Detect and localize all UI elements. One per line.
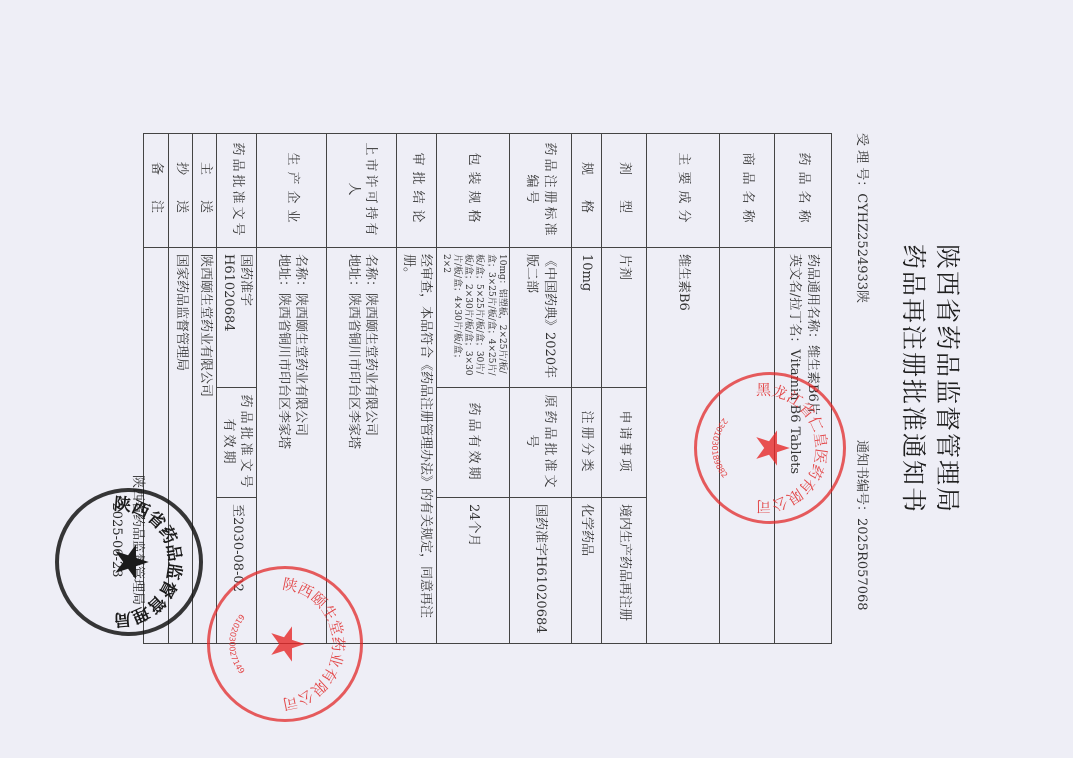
manufacturer-label: 生产企业 <box>257 134 327 248</box>
svg-text:2301030189882: 2301030189882 <box>710 416 729 479</box>
application-value: 境内生产药品再注册 <box>602 498 647 644</box>
authority-title: 陕西省药品监督管理局 <box>931 0 967 758</box>
standard-value: 《中国药典》2020年版二部 <box>510 248 572 388</box>
acceptance-value: CYHZ2524933陕 <box>854 193 869 303</box>
reg-class-value: 化学药品 <box>572 498 602 644</box>
standard-label: 药品注册标准编号 <box>510 134 572 248</box>
table-row: 药品批准文号 国药准字H61020684 药品批准文号有效期 至2030-08-… <box>217 134 257 644</box>
table-row: 规 格 10mg 注册分类 化学药品 <box>572 134 602 644</box>
table-row: 剂 型 片剂 申请事项 境内生产药品再注册 <box>602 134 647 644</box>
table-row: 审批结论 经审查，本品符合《药品注册管理办法》的有关规定，同意再注册。 <box>397 134 437 644</box>
spec-value: 10mg <box>572 248 602 388</box>
approval-no-label: 药品批准文号 <box>217 134 257 248</box>
table-row: 药品注册标准编号 《中国药典》2020年版二部 原药品批准文号 国药准字H610… <box>510 134 572 644</box>
cc-label: 抄 送 <box>169 134 193 248</box>
spec-label: 规 格 <box>572 134 602 248</box>
svg-text:6102030027149: 6102030027149 <box>227 612 246 675</box>
remarks-label: 备 注 <box>144 134 169 248</box>
notice-value: 2025R057068 <box>854 518 869 611</box>
conclusion-label: 审批结论 <box>397 134 437 248</box>
application-label: 申请事项 <box>602 388 647 498</box>
table-row: 包装规格 10mg：铝塑板，2×25片/板/盒；3×25片/板/盒；4×25片/… <box>437 134 510 644</box>
shelf-life-label: 药品有效期 <box>437 388 510 498</box>
orig-approval-label: 原药品批准文号 <box>510 388 572 498</box>
approval-no-value: 国药准字H61020684 <box>217 248 257 388</box>
star-icon: ★ <box>749 427 795 468</box>
document-title: 药品再注册批准通知书 <box>897 0 933 758</box>
ingredient-label: 主要成分 <box>647 134 720 248</box>
acceptance-label: 受 理 号： <box>854 133 869 193</box>
validity-label: 药品批准文号有效期 <box>217 388 257 498</box>
mah-label: 上市许可持有人 <box>327 134 397 248</box>
packaging-label: 包装规格 <box>437 134 510 248</box>
company-seal-red-1: 黑龙江省仁皇医药有限公司 2301030189882 ★ <box>694 372 846 524</box>
notice-label: 通知书编号： <box>854 440 869 518</box>
conclusion-value: 经审查，本品符合《药品注册管理办法》的有关规定，同意再注册。 <box>397 248 437 644</box>
drug-name-label: 药品名称 <box>775 134 832 248</box>
shelf-life-value: 24个月 <box>437 498 510 644</box>
official-seal: 陕西省药品监督管理局 ★ <box>55 488 203 636</box>
dosage-form-value: 片剂 <box>602 248 647 388</box>
dosage-form-label: 剂 型 <box>602 134 647 248</box>
table-row: 上市许可持有人 名称：陕西颐生堂药业有限公司 地址：陕西省铜川市印台区李家塔 <box>327 134 397 644</box>
orig-approval-value: 国药准字H61020684 <box>510 498 572 644</box>
notice-number: 通知书编号：2025R057068 <box>854 440 873 611</box>
acceptance-number: 受 理 号：CYHZ2524933陕 <box>854 133 873 303</box>
star-icon: ★ <box>264 623 310 664</box>
reg-class-label: 注册分类 <box>572 388 602 498</box>
mah-name: 名称：陕西颐生堂药业有限公司 <box>362 254 380 637</box>
notice-document: 陕西省药品监督管理局 药品再注册批准通知书 受 理 号：CYHZ2524933陕… <box>0 0 1073 758</box>
company-seal-red-2: 陕西颐生堂药业有限公司 6102030027149 ★ <box>207 566 363 722</box>
main-recipient-label: 主 送 <box>193 134 217 248</box>
star-icon: ★ <box>108 541 154 582</box>
packaging-value: 10mg：铝塑板，2×25片/板/盒；3×25片/板/盒；4×25片/板/盒；5… <box>437 248 510 388</box>
trade-name-label: 商品名称 <box>720 134 775 248</box>
